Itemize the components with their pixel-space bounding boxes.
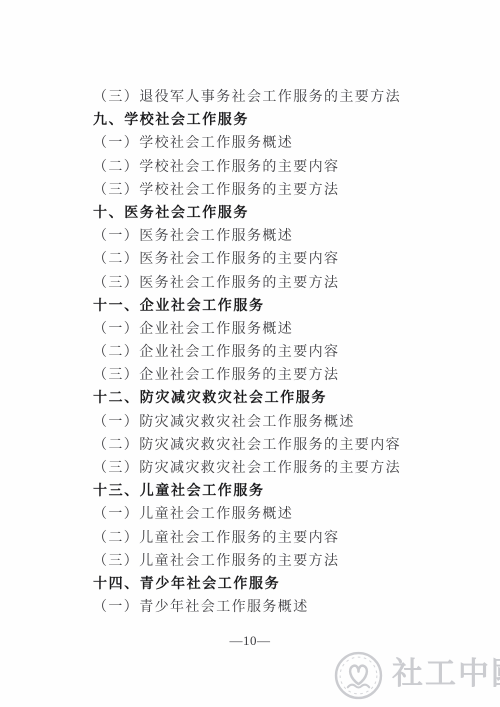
toc-list: （三）退役军人事务社会工作服务的主要方法九、学校社会工作服务（一）学校社会工作服… [93,86,401,619]
toc-section-heading: 十二、防灾减灾救灾社会工作服务 [93,387,401,410]
toc-entry: （一）防灾减灾救灾社会工作服务概述 [93,411,401,434]
toc-section-heading: 十、医务社会工作服务 [93,202,401,225]
watermark-brand-text: 社工中國 [392,658,500,689]
toc-section-heading: 十四、青少年社会工作服务 [93,573,401,596]
toc-entry: （三）学校社会工作服务的主要方法 [93,179,401,202]
toc-entry: （一）医务社会工作服务概述 [93,225,401,248]
toc-entry: （三）儿童社会工作服务的主要方法 [93,550,401,573]
toc-entry: （一）企业社会工作服务概述 [93,318,401,341]
heart-hands-circle-logo-icon [334,651,383,700]
toc-entry: （三）防灾减灾救灾社会工作服务的主要方法 [93,457,401,480]
watermark: 社工中國 [334,651,500,700]
toc-entry: （二）企业社会工作服务的主要内容 [93,341,401,364]
toc-entry: （一）学校社会工作服务概述 [93,132,401,155]
toc-section-heading: 九、学校社会工作服务 [93,109,401,132]
document-page: （三）退役军人事务社会工作服务的主要方法九、学校社会工作服务（一）学校社会工作服… [0,0,500,707]
toc-entry: （三）企业社会工作服务的主要方法 [93,364,401,387]
toc-section-heading: 十一、企业社会工作服务 [93,295,401,318]
toc-entry: （二）医务社会工作服务的主要内容 [93,248,401,271]
toc-entry: （一）儿童社会工作服务概述 [93,503,401,526]
toc-entry: （二）防灾减灾救灾社会工作服务的主要内容 [93,434,401,457]
page-number: —10— [0,633,500,649]
toc-entry: （二）儿童社会工作服务的主要内容 [93,527,401,550]
toc-entry: （三）医务社会工作服务的主要方法 [93,272,401,295]
toc-entry: （二）学校社会工作服务的主要内容 [93,156,401,179]
toc-entry: （三）退役军人事务社会工作服务的主要方法 [93,86,401,109]
toc-section-heading: 十三、儿童社会工作服务 [93,480,401,503]
toc-entry: （一）青少年社会工作服务概述 [93,596,401,619]
